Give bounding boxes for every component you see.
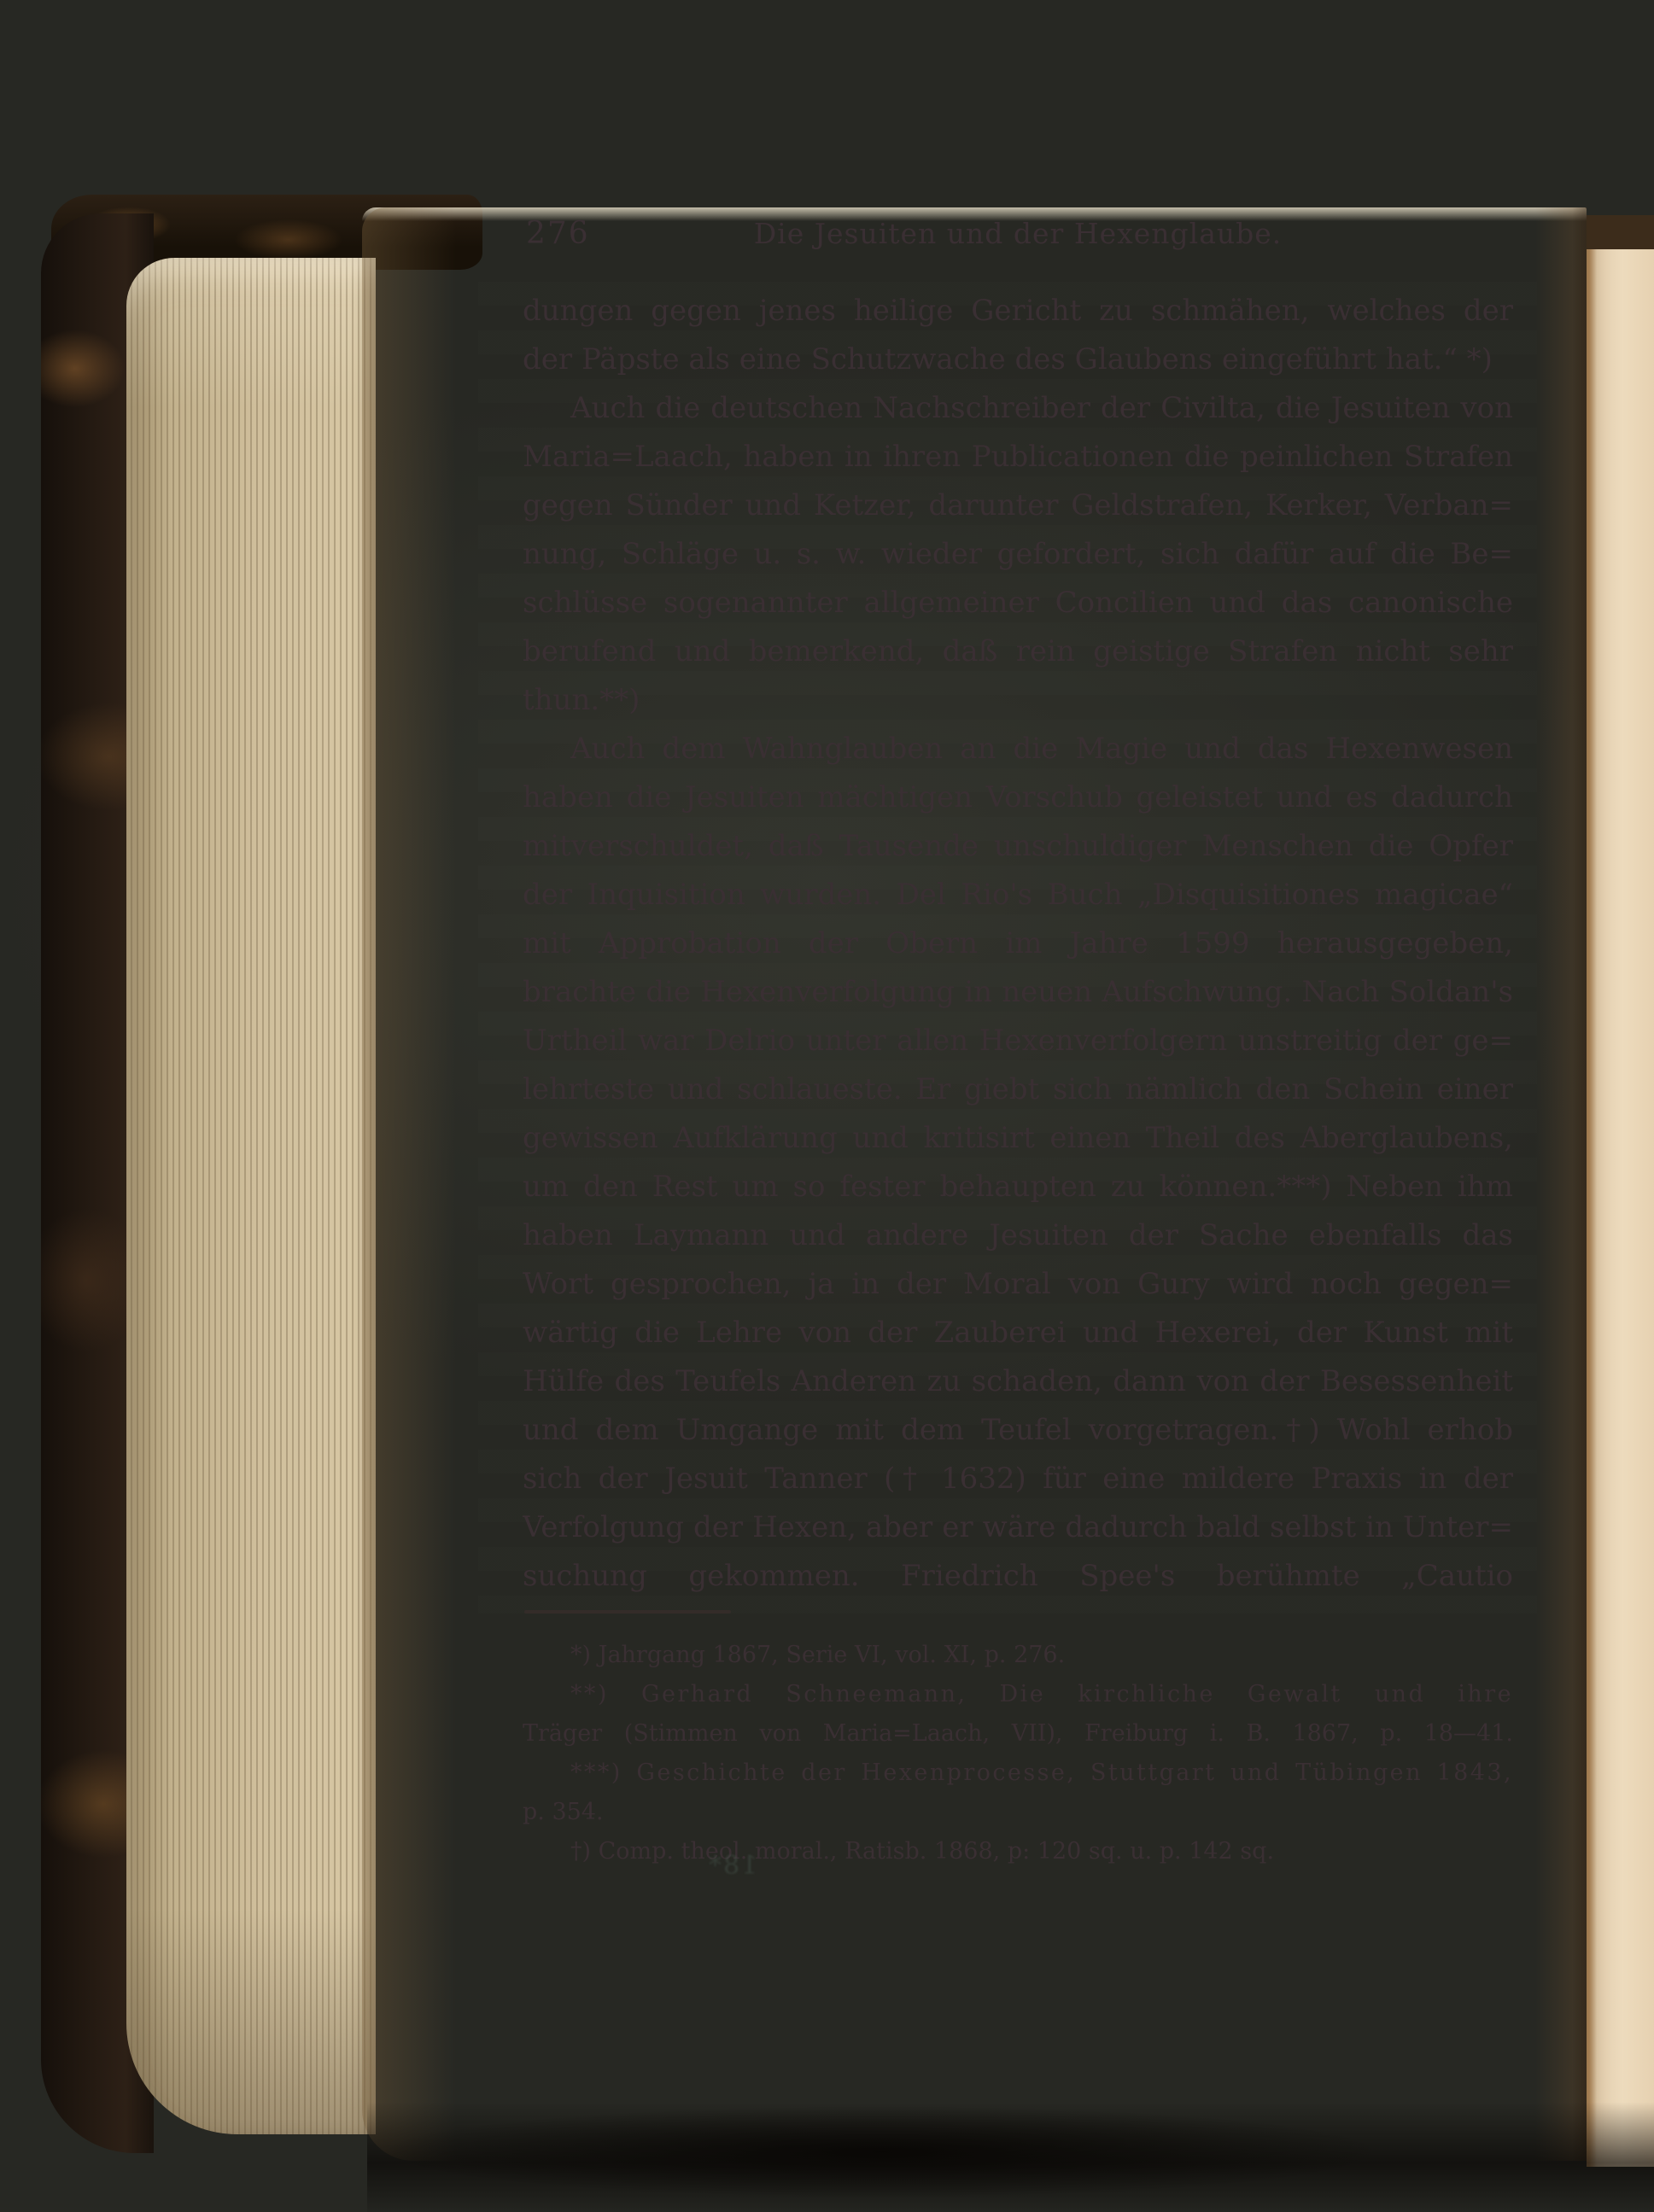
body-text-line: wärtig die Lehre von der Zauberei und He…	[523, 1309, 1513, 1357]
body-text-line: Auch dem Wahnglauben an die Magie und da…	[523, 725, 1513, 773]
body-text-line: dungen gegen jenes heilige Gericht zu sc…	[523, 287, 1513, 336]
body-text-line: Maria=Laach, haben in ihren Publicatione…	[523, 433, 1513, 482]
footnote-line: **) Gerhard Schneemann, Die kirchliche G…	[523, 1675, 1513, 1714]
gutter-crease	[1535, 207, 1587, 2161]
body-text-line: Verfolgung der Hexen, aber er wäre dadur…	[523, 1503, 1513, 1552]
body-text-line: berufend und bemerkend, daß rein geistig…	[523, 627, 1513, 676]
body-text-line: gewissen Aufklärung und kritisirt einen …	[523, 1114, 1513, 1163]
body-text-line: der Päpste als eine Schutzwache des Glau…	[523, 336, 1513, 384]
body-text-line: gegen Sünder und Ketzer, darunter Geldst…	[523, 482, 1513, 530]
body-text-line: Wort gesprochen, ja in der Moral von Gur…	[523, 1260, 1513, 1309]
body-text-line: lehrteste und schlaueste. Er giebt sich …	[523, 1065, 1513, 1114]
footnote-line: *) Jahrgang 1867, Serie VI, vol. XI, p. …	[523, 1636, 1513, 1675]
body-text-line: Auch die deutschen Nachschreiber der Civ…	[523, 384, 1513, 433]
body-text-line: thun.**)	[523, 676, 1513, 725]
body-text-line: nung, Schläge u. s. w. wieder gefordert,…	[523, 530, 1513, 579]
printed-page-content: 276 Die Jesuiten und der Hexenglaube. du…	[523, 215, 1513, 258]
page-number: 276	[526, 215, 590, 253]
body-text-line: mitverschuldet, daß Tausende unschuldige…	[523, 822, 1513, 871]
body-text-line: schlüsse sogenannter allgemeiner Concili…	[523, 579, 1513, 627]
body-text-line: und dem Umgange mit dem Teufel vorgetrag…	[523, 1406, 1513, 1455]
running-title: Die Jesuiten und der Hexenglaube.	[523, 215, 1513, 253]
body-text-line: brachte die Hexenverfolgung in neuen Auf…	[523, 968, 1513, 1017]
facing-page-cover-sliver	[1587, 215, 1654, 249]
book-shadow	[367, 2102, 1654, 2212]
footnotes-block: *) Jahrgang 1867, Serie VI, vol. XI, p. …	[523, 1636, 1513, 1871]
bleed-through-signature-mark: 18*	[707, 1851, 757, 1881]
photograph-background: { "page": { "number": "276", "running_ti…	[0, 0, 1654, 2212]
body-text-line: suchung gekommen. Friedrich Spee's berüh…	[523, 1552, 1513, 1601]
body-text-line: um den Rest um so fester behaupten zu kö…	[523, 1163, 1513, 1211]
body-text-block: dungen gegen jenes heilige Gericht zu sc…	[523, 287, 1513, 1601]
footnote-separator-rule	[524, 1610, 731, 1614]
body-text-line: mit Approbation der Obern im Jahre 1599 …	[523, 919, 1513, 968]
footnote-line: ***) Geschichte der Hexenprocesse, Stutt…	[523, 1754, 1513, 1793]
body-text-line: sich der Jesuit Tanner († 1632) für eine…	[523, 1455, 1513, 1503]
page-header: 276 Die Jesuiten und der Hexenglaube.	[523, 215, 1513, 258]
page-edge-stack	[126, 258, 376, 2134]
body-text-line: der Inquisition wurden. Del Rio's Buch „…	[523, 871, 1513, 919]
footnote-line: †) Comp. theol. moral., Ratisb. 1868, p:…	[523, 1832, 1513, 1871]
body-text-line: Hülfe des Teufels Anderen zu schaden, da…	[523, 1357, 1513, 1406]
facing-page-sliver	[1587, 215, 1654, 2167]
body-text-line: Urtheil war Delrio unter allen Hexenverf…	[523, 1017, 1513, 1065]
body-text-line: haben die Jesuiten mächtigen Vorschub ge…	[523, 773, 1513, 822]
body-text-line: haben Laymann und andere Jesuiten der Sa…	[523, 1211, 1513, 1260]
page-left-shading	[362, 207, 456, 2161]
footnote-line: p. 354.	[523, 1793, 1513, 1832]
footnote-line: Träger (Stimmen von Maria=Laach, VII), F…	[523, 1714, 1513, 1754]
